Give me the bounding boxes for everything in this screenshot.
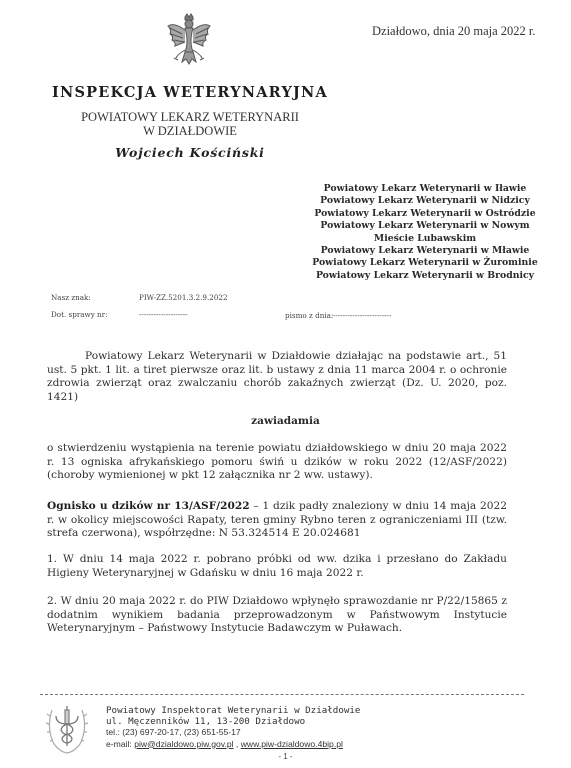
outbreak-paragraph: Ognisko u dzików nr 13/ASF/2022 – 1 dzik… — [47, 500, 507, 541]
footer-links: e-mail: piw@dzialdowo.piw.gov.pl , www.p… — [106, 739, 360, 750]
intro-paragraph: Powiatowy Lekarz Weterynarii w Działdowi… — [47, 350, 507, 404]
outbreak-title: Ognisko u dzików nr 13/ASF/2022 — [47, 500, 250, 512]
footer-org-name: Powiatowy Inspektorat Weterynarii w Dzia… — [106, 705, 360, 716]
footer-address: ul. Męczenników 11, 13-200 Działdowo — [106, 716, 360, 727]
polish-eagle-emblem-icon — [164, 12, 214, 74]
recipient: Mieście Lubawskim — [280, 233, 570, 245]
recipient: Powiatowy Lekarz Weterynarii w Żurominie — [280, 257, 570, 269]
recipient: Powiatowy Lekarz Weterynarii w Mławie — [280, 245, 570, 257]
official-name: Wojciech Kościński — [0, 145, 380, 160]
footer-phone: tel.: (23) 697-20-17, (23) 651-55-17 — [106, 727, 360, 738]
office-name-line1: POWIATOWY LEKARZ WETERYNARII — [0, 110, 380, 124]
letter-date-value: ------------------------ — [333, 311, 391, 320]
footer-contact: Powiatowy Inspektorat Weterynarii w Dzia… — [106, 705, 360, 750]
letter-date-label: pismo z dnia: — [285, 311, 333, 320]
recipient: Powiatowy Lekarz Weterynarii w Ostródzie — [280, 208, 570, 220]
footer-website-link[interactable]: www.piw-dzialdowo.4bip.pl — [241, 739, 343, 749]
case-number-value: -------------------- — [139, 310, 188, 319]
footer-link-separator: , — [234, 739, 241, 749]
point-2-paragraph: 2. W dniu 20 maja 2022 r. do PIW Działdo… — [47, 595, 507, 636]
office-name-line2: W DZIAŁDOWIE — [0, 124, 380, 138]
footer-email-label: e-mail: — [106, 739, 132, 749]
page-number: - 1 - — [0, 752, 571, 761]
our-sign-label: Nasz znak: — [51, 293, 91, 302]
institution-name: INSPEKCJA WETERYNARYJNA — [0, 84, 380, 101]
point-1-paragraph: 1. W dniu 14 maja 2022 r. pobrano próbki… — [47, 553, 507, 580]
office-name: POWIATOWY LEKARZ WETERYNARII W DZIAŁDOWI… — [0, 110, 380, 138]
recipient: Powiatowy Lekarz Weterynarii w Nidzicy — [280, 195, 570, 207]
recipient: Powiatowy Lekarz Weterynarii w Brodnicy — [280, 270, 570, 282]
notice-heading: zawiadamia — [0, 415, 571, 427]
place-and-date: Działdowo, dnia 20 maja 2022 r. — [372, 24, 536, 39]
notice-paragraph: o stwierdzeniu wystąpienia na terenie po… — [47, 442, 507, 483]
caduceus-wreath-logo-icon — [44, 700, 90, 756]
case-number-label: Dot. sprawy nr: — [51, 310, 108, 319]
recipient: Powiatowy Lekarz Weterynarii w Iławie — [280, 183, 570, 195]
recipients-list: Powiatowy Lekarz Weterynarii w Iławie Po… — [280, 183, 570, 282]
footer-divider — [40, 694, 524, 695]
footer-email-link[interactable]: piw@dzialdowo.piw.gov.pl — [134, 739, 233, 749]
recipient: Powiatowy Lekarz Weterynarii w Nowym — [280, 220, 570, 232]
our-sign-value: PIW-ZZ.5201.3.2.9.2022 — [139, 293, 228, 302]
